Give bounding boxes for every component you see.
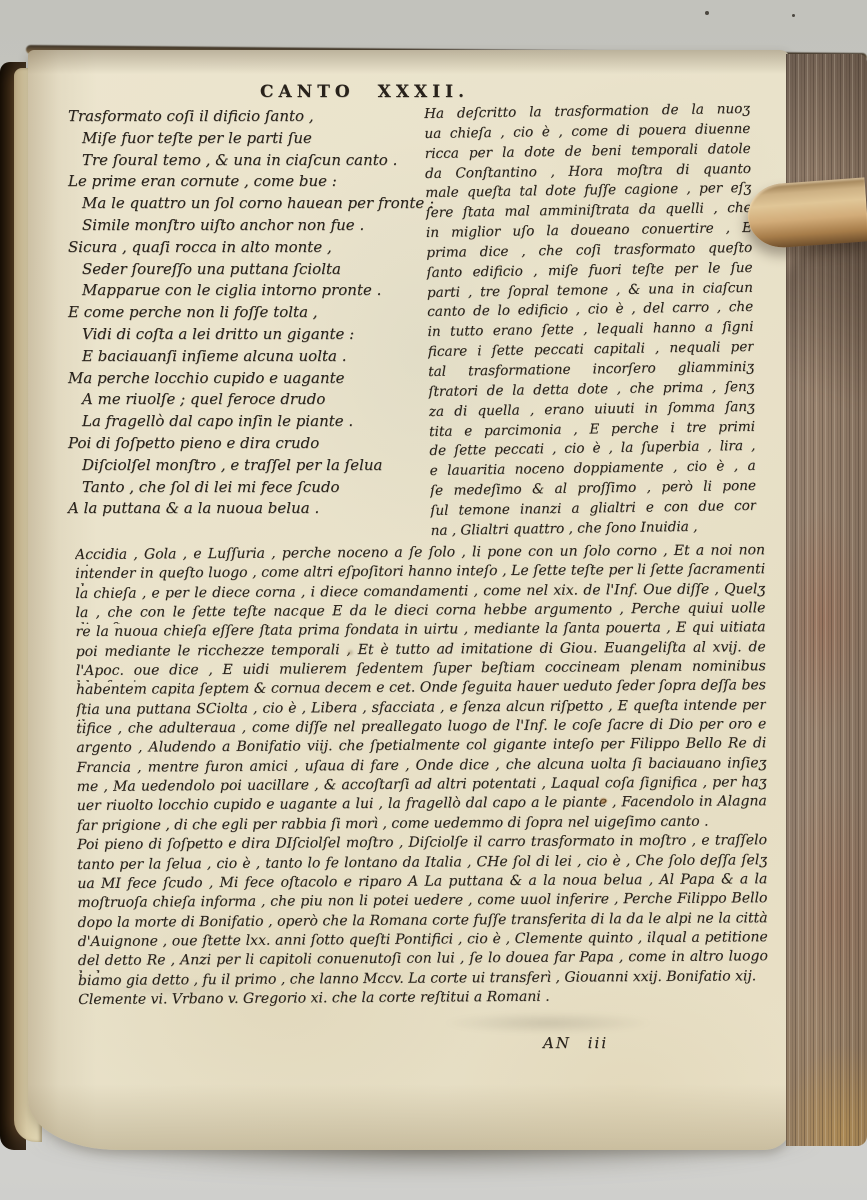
text-line: na , Glialtri quattro , che ſono Inuidia… — [431, 518, 757, 543]
text-line: Poi di ſoſpetto pieno e dira crudo — [68, 434, 430, 456]
text-line: Mapparue con le ciglia intorno pronte . — [82, 281, 430, 303]
text-line: Simile monſtro uiſto anchor non fue . — [82, 216, 430, 238]
signature-mark: AN iii — [543, 1034, 608, 1052]
show-through-smudge — [88, 980, 268, 998]
photograph-of-open-book: { "scene": { "description_elements": ["g… — [0, 0, 867, 1200]
ink-stain — [348, 650, 353, 655]
verse-column: Trasformato coſi il dificio ſanto ,Miſe … — [68, 107, 430, 521]
text-line: Vidi di coſta a lei dritto un gigante : — [82, 325, 430, 347]
text-line: Seder ſoureſſo una puttana ſciolta — [82, 260, 430, 282]
text-line: La fragellò dal capo inſin le piante . — [82, 412, 430, 434]
show-through-smudge — [443, 1012, 653, 1034]
text-line: E baciauanſi inſieme alcuna uolta . — [82, 347, 430, 369]
text-line: Tre ſoural temo , & una in ciaſcun canto… — [82, 151, 430, 173]
text-line: Miſe fuor teſte per le parti ſue — [82, 129, 430, 151]
book-page: CANTO XXXII. Trasformato coſi il dificio… — [28, 50, 790, 1150]
text-line: A la puttana & a la nuoua belua . — [68, 499, 430, 521]
text-line: Trasformato coſi il dificio ſanto , — [68, 107, 430, 129]
commentary-right-column: Ha deſcritto la trasformation de la nuoʒ… — [424, 101, 757, 543]
text-line: Ma le quattro un ſol corno hauean per fr… — [82, 194, 430, 216]
ink-stain — [600, 798, 607, 804]
text-line: Diſciolſel monſtro , e traſſel per la ſe… — [82, 456, 430, 478]
backdrop-speck — [792, 14, 795, 17]
wooden-page-weight — [746, 177, 867, 250]
text-line: Tanto , che ſol di lei mi fece ſcudo — [82, 478, 430, 500]
text-line: Le prime eran cornute , come bue : — [68, 172, 430, 194]
text-line: E come perche non li foſſe tolta , — [68, 303, 430, 325]
text-line: Ma perche locchio cupido e uagante — [68, 369, 430, 391]
page-title: CANTO XXXII. — [260, 82, 520, 102]
backdrop-speck — [705, 11, 709, 15]
commentary-bottom-block: Accidia , Gola , e Luſſuria , perche noc… — [75, 542, 768, 1011]
text-line: A me riuolſe ; quel feroce drudo — [82, 390, 430, 412]
text-line: Sicura , quaſi rocca in alto monte , — [68, 238, 430, 260]
